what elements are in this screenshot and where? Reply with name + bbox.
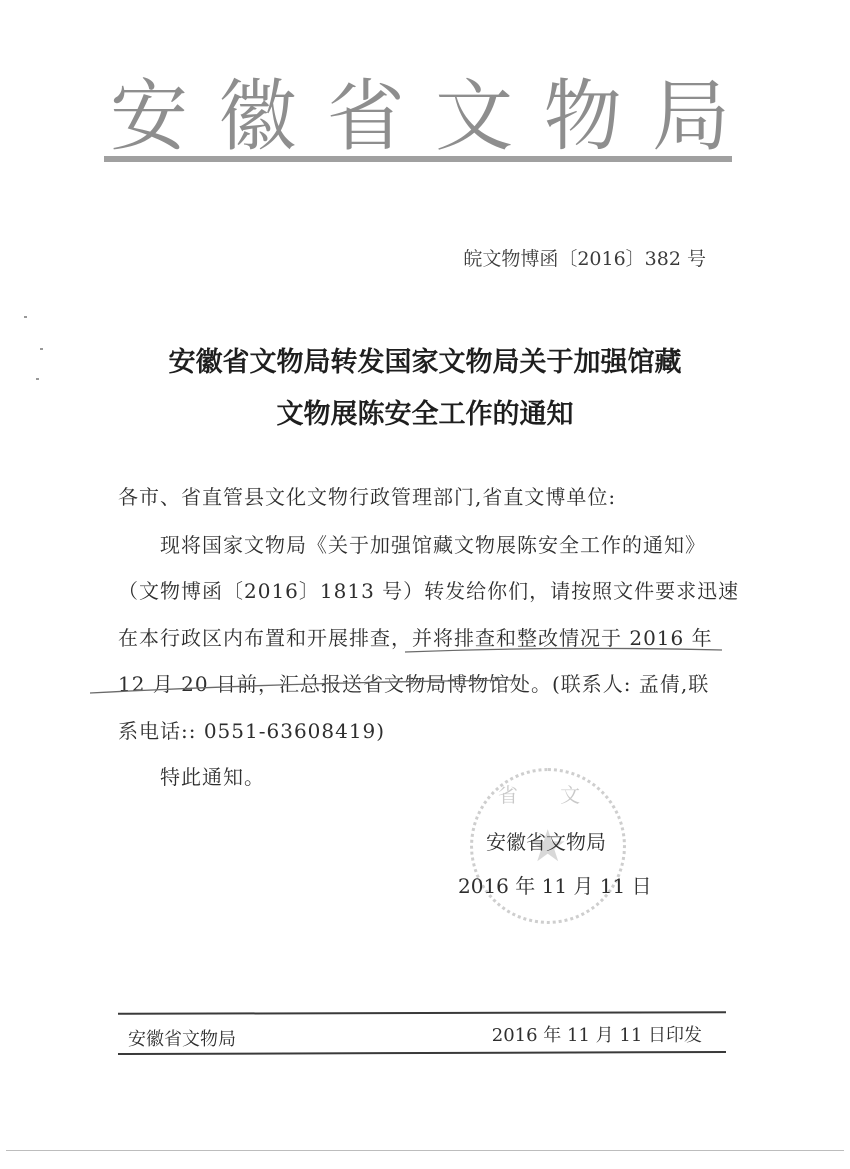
closing-text: 特此通知。 <box>160 761 265 790</box>
page-bottom-edge <box>6 1150 844 1151</box>
handwritten-underline <box>0 0 850 720</box>
footer-rule-top <box>118 1011 726 1015</box>
scan-speck <box>40 348 43 350</box>
footer-issue-date: 2016 年 11 月 11 日印发 <box>492 1021 702 1047</box>
scan-speck <box>24 316 27 318</box>
signature-organization: 安徽省文物局 <box>486 826 606 855</box>
scan-speck <box>36 378 39 380</box>
footer-rule-bottom <box>118 1051 726 1055</box>
signature-date: 2016 年 11 月 11 日 <box>458 870 652 899</box>
footer-issuer: 安徽省文物局 <box>128 1025 236 1051</box>
seal-text: 省 文 <box>473 779 623 808</box>
